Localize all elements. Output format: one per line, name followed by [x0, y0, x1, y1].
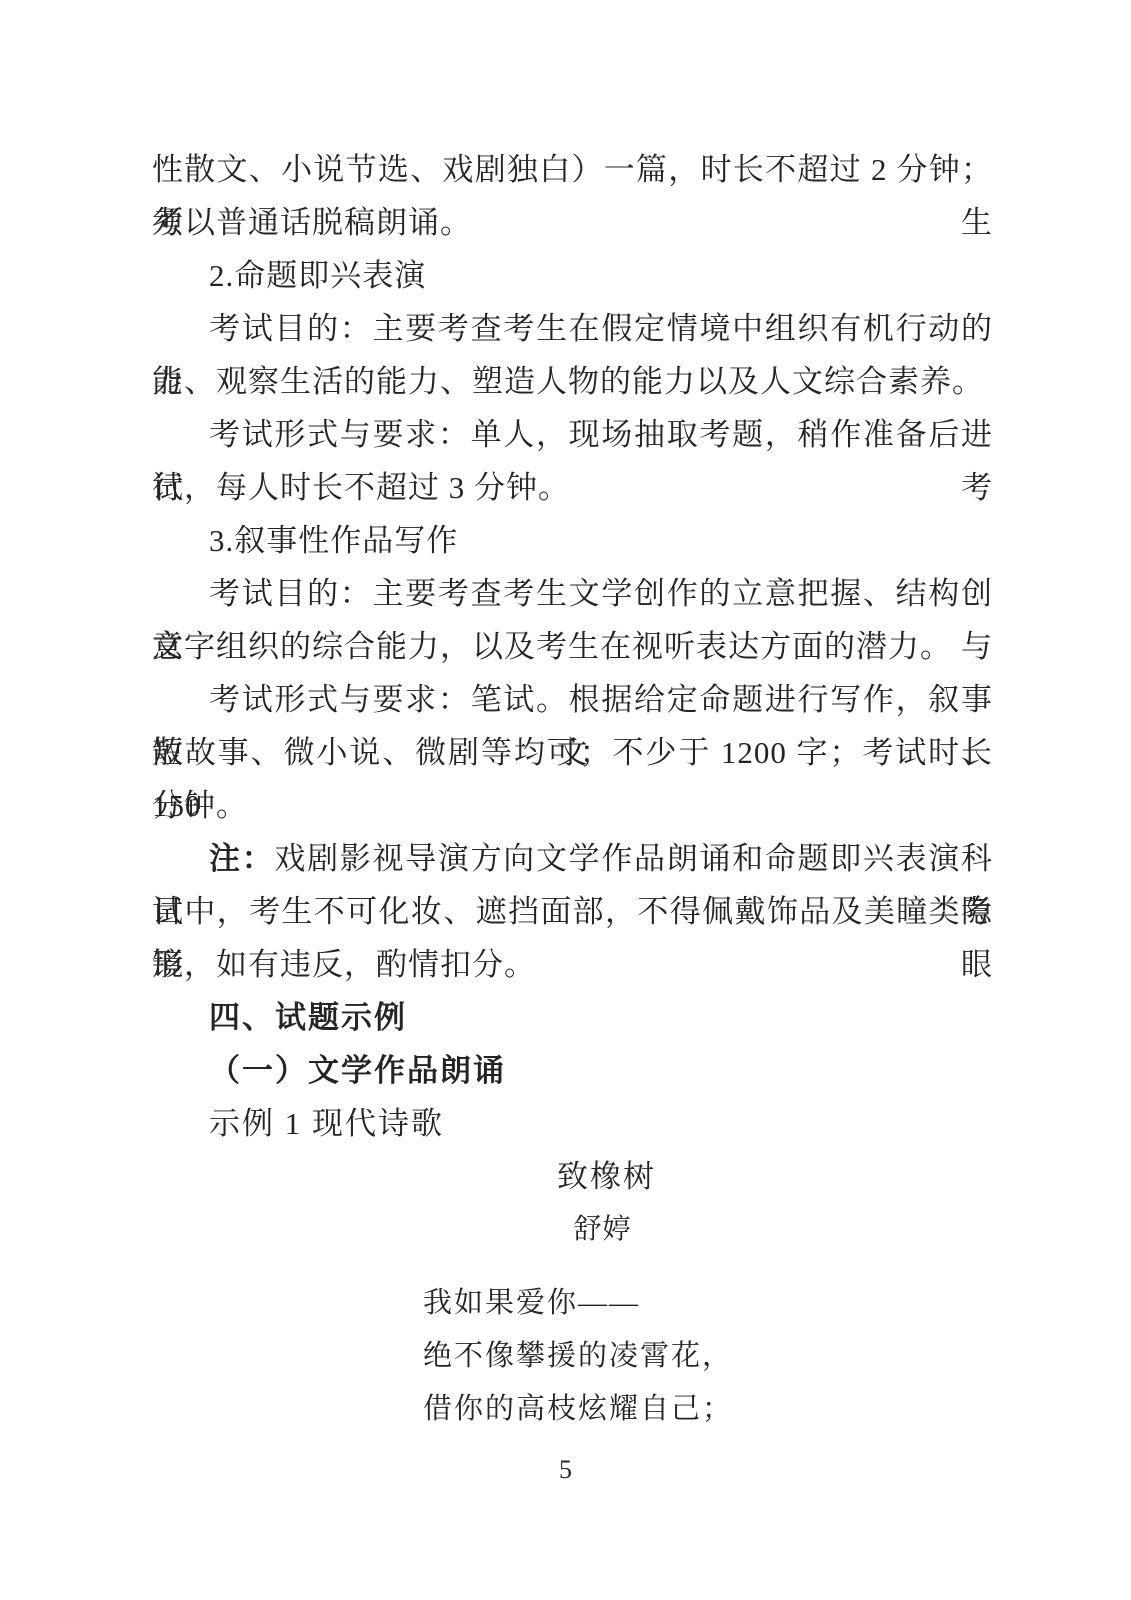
section-heading: 四、试题示例	[152, 991, 993, 1044]
poem-line: 借你的高枝炫耀自己；	[423, 1383, 993, 1436]
body-line: 文字组织的综合能力，以及考生在视听表达方面的潜力。	[152, 620, 993, 673]
subsection-heading: （一）文学作品朗诵	[152, 1044, 993, 1097]
body-line: 短故事、微小说、微剧等均可；不少于 1200 字；考试时长 150	[152, 726, 993, 779]
body-line: 性散文、小说节选、戏剧独白）一篇，时长不超过 2 分钟；考生	[152, 143, 993, 196]
body-line: 力、观察生活的能力、塑造人物的能力以及人文综合素养。	[152, 355, 993, 408]
page-number: 5	[0, 1450, 1131, 1490]
note-line: 注：戏剧影视导演方向文学作品朗诵和命题即兴表演科目考	[152, 832, 993, 885]
body-line: 分钟。	[152, 779, 993, 832]
poem-line: 我如果爱你——	[423, 1277, 993, 1330]
list-item-3: 3.叙事性作品写作	[152, 514, 993, 567]
example-label: 示例 1 现代诗歌	[152, 1097, 993, 1150]
poem-author: 舒婷	[182, 1203, 1023, 1256]
poem-title: 致橡树	[186, 1150, 1027, 1203]
body-line: 考试形式与要求：笔试。根据给定命题进行写作，叙事散文、	[152, 673, 993, 726]
body-line: 考试目的：主要考查考生文学创作的立意把握、结构创意与	[152, 567, 993, 620]
poem-line: 绝不像攀援的凌霄花，	[423, 1330, 993, 1383]
document-page: 性散文、小说节选、戏剧独白）一篇，时长不超过 2 分钟；考生须以普通话脱稿朗诵。…	[0, 0, 1131, 1600]
body-line: 考试形式与要求：单人，现场抽取考题，稍作准备后进行考	[152, 408, 993, 461]
body-line: 考试目的：主要考查考生在假定情境中组织有机行动的能	[152, 302, 993, 355]
note-prefix-label: 注：	[209, 841, 274, 876]
body-line: 试中，考生不可化妆、遮挡面部，不得佩戴饰品及美瞳类隐形眼	[152, 885, 993, 938]
document-content: 性散文、小说节选、戏剧独白）一篇，时长不超过 2 分钟；考生须以普通话脱稿朗诵。…	[152, 143, 993, 1436]
list-item-2: 2.命题即兴表演	[152, 249, 993, 302]
